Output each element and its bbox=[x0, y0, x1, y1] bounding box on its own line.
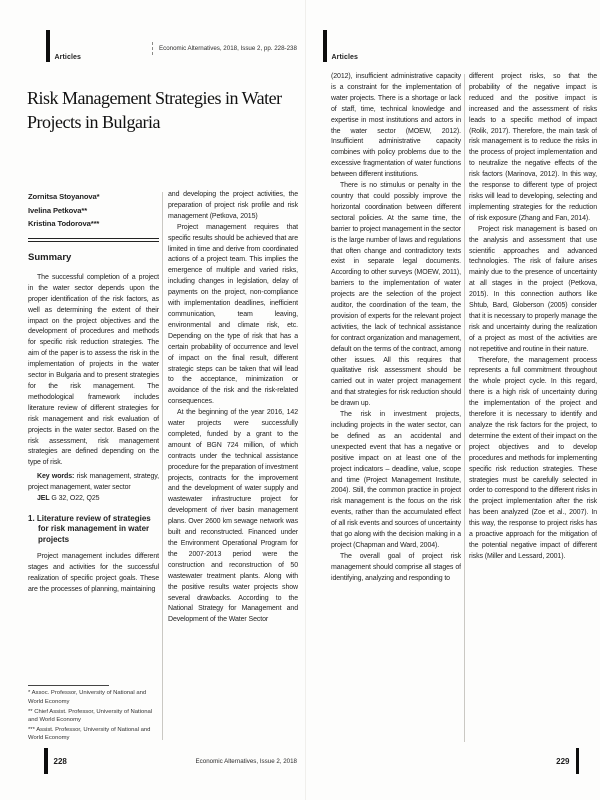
authors-divider bbox=[28, 238, 159, 243]
left-page-header: Articles bbox=[46, 30, 81, 62]
right-page-column-1: (2012), insufficient administrative capa… bbox=[331, 72, 461, 746]
footer-journal-reference: Economic Alternatives, Issue 2, 2018 bbox=[196, 758, 297, 765]
right-page-header: Articles bbox=[323, 30, 358, 62]
jel-label: JEL bbox=[37, 495, 50, 502]
body-paragraph: Project management requires that specifi… bbox=[168, 223, 298, 408]
left-page: Articles Economic Alternatives, 2018, Is… bbox=[0, 0, 305, 800]
body-paragraph: (2012), insufficient administrative capa… bbox=[331, 72, 461, 181]
jel-text: G 32, O22, Q25 bbox=[51, 495, 99, 502]
author-name: Kristina Todorova*** bbox=[28, 217, 159, 231]
footnote: * Assoc. Professor, University of Nation… bbox=[28, 689, 159, 706]
page-number: 228 bbox=[54, 757, 67, 766]
footnotes-block: * Assoc. Professor, University of Nation… bbox=[28, 685, 159, 744]
body-paragraph: There is no stimulus or penalty in the c… bbox=[331, 181, 461, 410]
right-page-column-2: different project risks, so that the pro… bbox=[469, 72, 597, 746]
left-page-footer: 228 bbox=[44, 748, 67, 774]
column-divider bbox=[162, 192, 163, 740]
footnote-rule bbox=[28, 685, 109, 686]
footnote: *** Assist. Professor, University of Nat… bbox=[28, 726, 159, 743]
journal-reference: Economic Alternatives, 2018, Issue 2, pp… bbox=[152, 42, 297, 55]
section-1-heading: 1. Literature review of strategies for r… bbox=[28, 514, 159, 546]
body-paragraph: The risk in investment projects, includi… bbox=[331, 410, 461, 552]
summary-paragraph: The successful completion of a project i… bbox=[28, 273, 159, 469]
header-section-label: Articles bbox=[55, 54, 81, 62]
keywords-label: Key words: bbox=[37, 473, 74, 480]
right-page-footer: 229 bbox=[556, 748, 579, 774]
footer-bar bbox=[576, 748, 580, 774]
body-paragraph: At the beginning of the year 2016, 142 w… bbox=[168, 408, 298, 626]
header-section-label: Articles bbox=[332, 54, 358, 62]
body-paragraph: Project management includes different st… bbox=[28, 552, 159, 596]
body-paragraph: and developing the project activities, t… bbox=[168, 190, 298, 223]
keywords-line: Key words: risk management, strategy, pr… bbox=[28, 472, 159, 494]
author-name: Zornitsa Stoyanova* bbox=[28, 190, 159, 204]
body-paragraph: different project risks, so that the pro… bbox=[469, 72, 597, 225]
body-paragraph: Project risk management is based on the … bbox=[469, 225, 597, 356]
page-number: 229 bbox=[556, 757, 569, 766]
article-title: Risk Management Strategies in Water Proj… bbox=[27, 86, 301, 134]
left-page-column-2: and developing the project activities, t… bbox=[168, 190, 298, 744]
left-page-column-1: Zornitsa Stoyanova* Ivelina Petkova** Kr… bbox=[28, 190, 159, 744]
authors-block: Zornitsa Stoyanova* Ivelina Petkova** Kr… bbox=[28, 190, 159, 231]
header-bar bbox=[323, 30, 327, 62]
summary-heading: Summary bbox=[28, 253, 159, 264]
right-page: Articles (2012), insufficient administra… bbox=[305, 0, 600, 800]
jel-codes-line: JEL G 32, O22, Q25 bbox=[28, 494, 159, 505]
body-paragraph: The overall goal of project risk managem… bbox=[331, 552, 461, 585]
footnote: ** Chief Assist. Professor, University o… bbox=[28, 708, 159, 725]
body-paragraph: Therefore, the management process repres… bbox=[469, 356, 597, 563]
column-divider bbox=[464, 74, 465, 742]
header-bar bbox=[46, 30, 50, 62]
author-name: Ivelina Petkova** bbox=[28, 204, 159, 218]
footer-bar bbox=[44, 748, 48, 774]
